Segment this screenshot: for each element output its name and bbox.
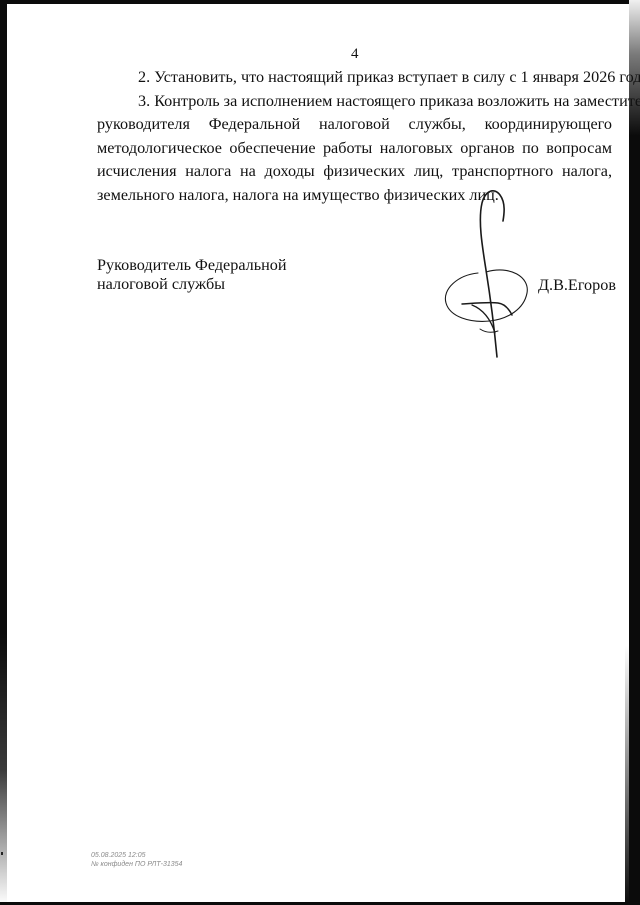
scan-border-top (0, 0, 640, 4)
scan-border-right-shadow (625, 40, 629, 905)
scan-border-left (0, 0, 7, 905)
scan-speck (1, 852, 3, 855)
page-number: 4 (351, 45, 359, 63)
signer-title: Руководитель Федеральной налоговой служб… (97, 256, 287, 294)
text-line: 2. Установить, что настоящий приказ всту… (97, 66, 612, 90)
text-line: 3. Контроль за исполнением настоящего пр… (97, 90, 612, 114)
registration-stamp: 05.08.2025 12:05 № конфиден ПО РЛТ-31354 (91, 851, 182, 869)
paragraph-item-2: 2. Установить, что настоящий приказ всту… (97, 66, 612, 90)
text-line: руководителя Федеральной налоговой служб… (97, 113, 612, 137)
signature-icon (430, 185, 550, 365)
signer-name: Д.В.Егоров (538, 276, 616, 295)
stamp-timestamp: 05.08.2025 12:05 (91, 851, 182, 860)
signer-title-line-1: Руководитель Федеральной (97, 256, 287, 275)
signer-title-line-2: налоговой службы (97, 275, 287, 294)
scan-border-right (629, 0, 640, 905)
stamp-registration-number: № конфиден ПО РЛТ-31354 (91, 860, 182, 869)
text-line: исчисления налога на доходы физических л… (97, 160, 612, 184)
text-line: методологическое обеспечение работы нало… (97, 137, 612, 161)
